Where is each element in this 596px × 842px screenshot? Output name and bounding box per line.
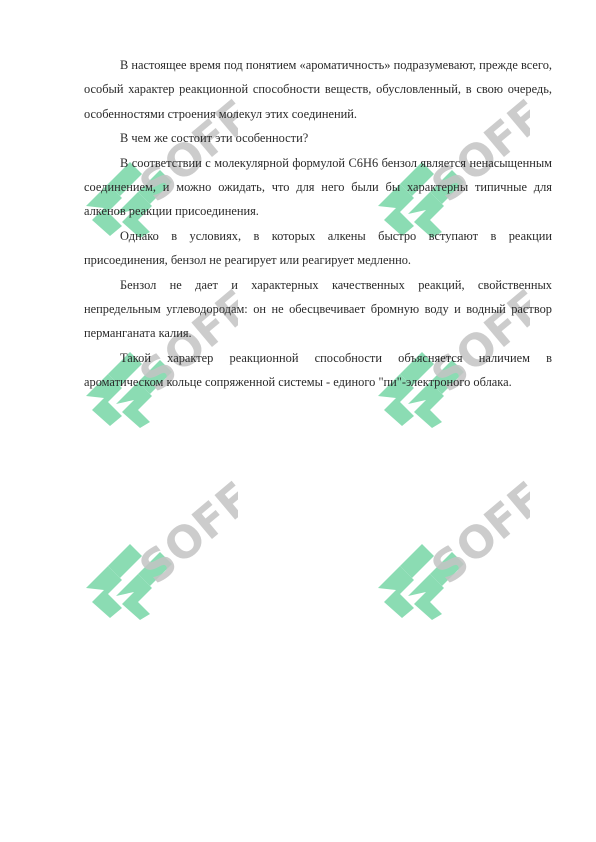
svg-text:SOFF: SOFF bbox=[130, 472, 238, 594]
soff-logo-icon: SOFF bbox=[78, 470, 238, 620]
paragraph: В соответствии с молекулярной формулой С… bbox=[84, 151, 552, 224]
svg-text:SOFF: SOFF bbox=[422, 472, 530, 594]
paragraph: В чем же состоит эти особенности? bbox=[84, 126, 552, 150]
watermark: SOFF bbox=[78, 470, 238, 620]
soff-logo-icon: SOFF bbox=[370, 470, 530, 620]
document-page: В настоящее время под понятием «ароматич… bbox=[0, 0, 596, 842]
paragraph: Такой характер реакционной способности о… bbox=[84, 346, 552, 395]
paragraph: Бензол не дает и характерных качественны… bbox=[84, 273, 552, 346]
document-body: В настоящее время под понятием «ароматич… bbox=[84, 53, 552, 395]
paragraph: Однако в условиях, в которых алкены быст… bbox=[84, 224, 552, 273]
watermark: SOFF bbox=[370, 470, 530, 620]
paragraph: В настоящее время под понятием «ароматич… bbox=[84, 53, 552, 126]
